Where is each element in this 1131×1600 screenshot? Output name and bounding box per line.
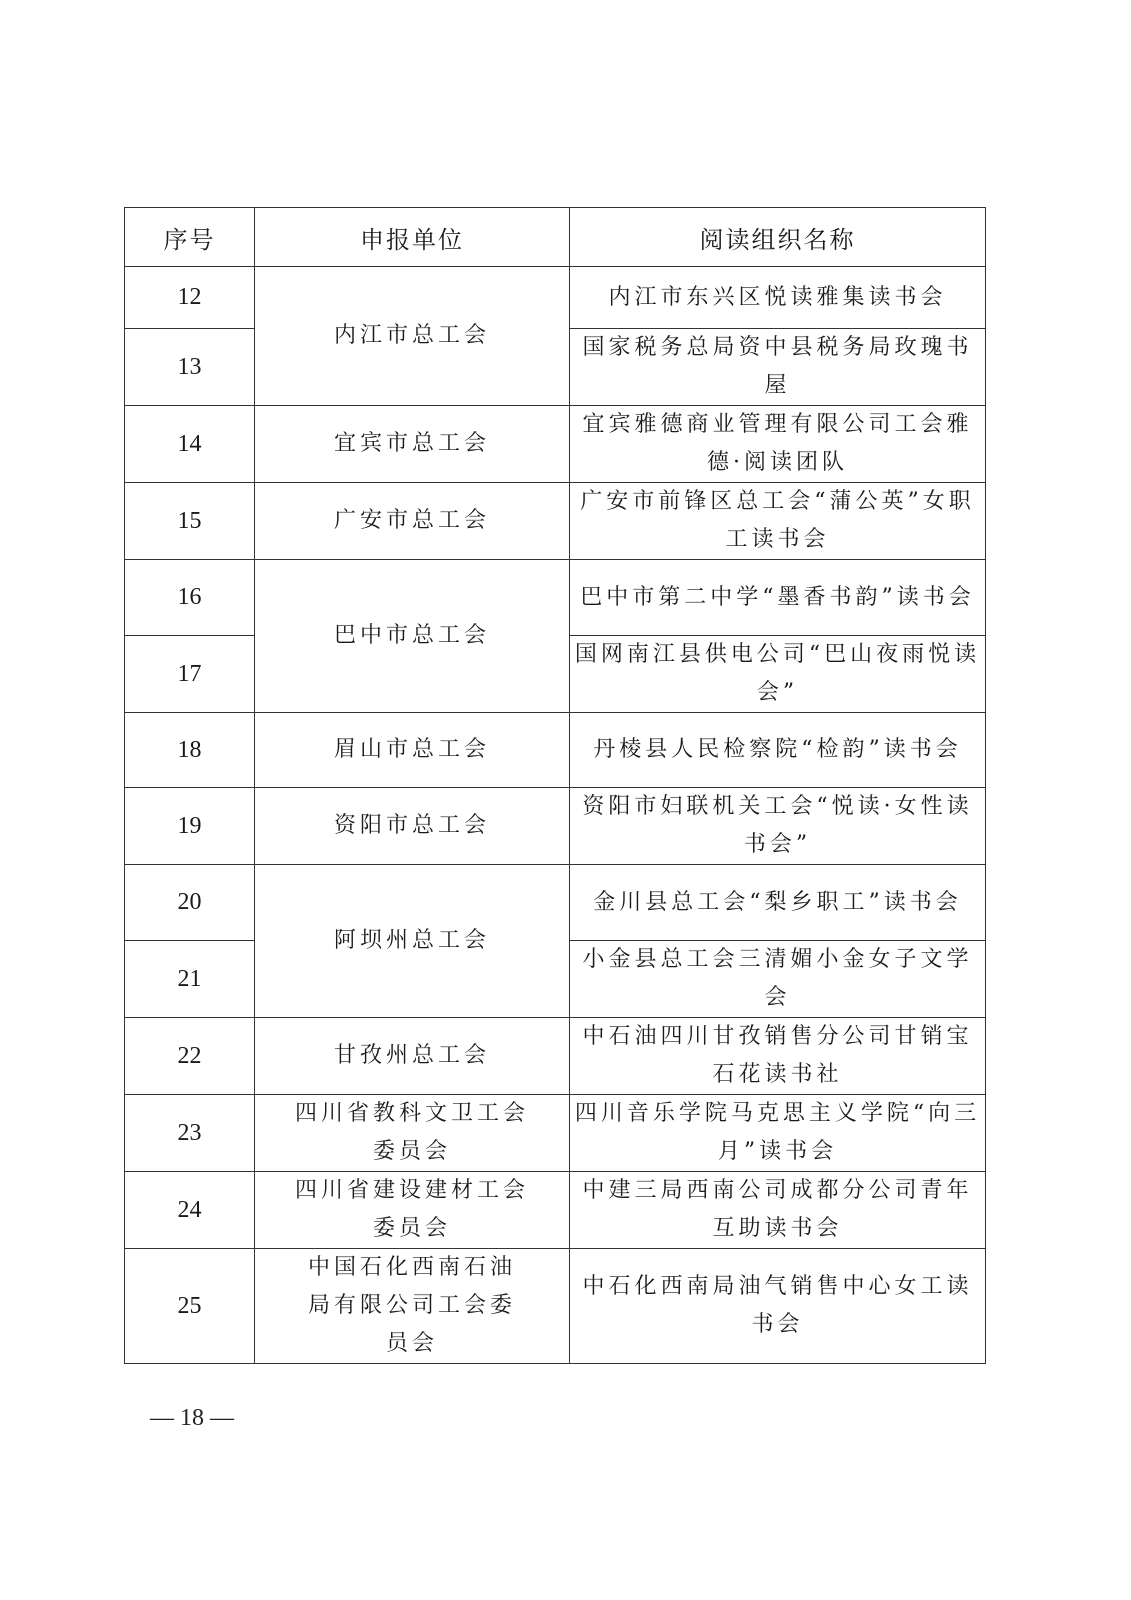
org-cell: 国家税务总局资中县税务局玫瑰书屋 <box>570 329 986 406</box>
serial-cell: 15 <box>125 483 255 560</box>
org-cell: 中石油四川甘孜销售分公司甘销宝石花读书社 <box>570 1018 986 1095</box>
table-row: 24 四川省建设建材工会委员会 中建三局西南公司成都分公司青年互助读书会 <box>125 1172 986 1249</box>
table-row: 18 眉山市总工会 丹棱县人民检察院“检韵”读书会 <box>125 713 986 788</box>
org-cell: 小金县总工会三清媚小金女子文学会 <box>570 941 986 1018</box>
unit-cell: 阿坝州总工会 <box>255 865 570 1018</box>
serial-cell: 19 <box>125 788 255 865</box>
header-org-name: 阅读组织名称 <box>570 208 986 267</box>
org-cell: 宜宾雅德商业管理有限公司工会雅德·阅读团队 <box>570 406 986 483</box>
unit-cell: 四川省建设建材工会委员会 <box>255 1172 570 1249</box>
unit-cell: 甘孜州总工会 <box>255 1018 570 1095</box>
serial-cell: 25 <box>125 1249 255 1364</box>
table-row: 23 四川省教科文卫工会委员会 四川音乐学院马克思主义学院“向三月”读书会 <box>125 1095 986 1172</box>
table-row: 14 宜宾市总工会 宜宾雅德商业管理有限公司工会雅德·阅读团队 <box>125 406 986 483</box>
table-row: 22 甘孜州总工会 中石油四川甘孜销售分公司甘销宝石花读书社 <box>125 1018 986 1095</box>
serial-cell: 17 <box>125 636 255 713</box>
unit-cell: 资阳市总工会 <box>255 788 570 865</box>
serial-cell: 13 <box>125 329 255 406</box>
reading-organizations-table: 序号 申报单位 阅读组织名称 12 内江市总工会 内江市东兴区悦读雅集读书会 1… <box>124 207 986 1364</box>
unit-cell: 广安市总工会 <box>255 483 570 560</box>
serial-cell: 23 <box>125 1095 255 1172</box>
serial-cell: 14 <box>125 406 255 483</box>
table-row: 19 资阳市总工会 资阳市妇联机关工会“悦读·女性读书会” <box>125 788 986 865</box>
serial-cell: 21 <box>125 941 255 1018</box>
org-cell: 资阳市妇联机关工会“悦读·女性读书会” <box>570 788 986 865</box>
unit-cell: 眉山市总工会 <box>255 713 570 788</box>
org-cell: 内江市东兴区悦读雅集读书会 <box>570 267 986 329</box>
serial-cell: 16 <box>125 560 255 636</box>
org-cell: 广安市前锋区总工会“蒲公英”女职工读书会 <box>570 483 986 560</box>
org-cell: 丹棱县人民检察院“检韵”读书会 <box>570 713 986 788</box>
unit-cell: 内江市总工会 <box>255 267 570 406</box>
table-row: 16 巴中市总工会 巴中市第二中学“墨香书韵”读书会 <box>125 560 986 636</box>
unit-cell: 宜宾市总工会 <box>255 406 570 483</box>
table-row: 12 内江市总工会 内江市东兴区悦读雅集读书会 <box>125 267 986 329</box>
table-row: 25 中国石化西南石油局有限公司工会委员会 中石化西南局油气销售中心女工读书会 <box>125 1249 986 1364</box>
serial-cell: 24 <box>125 1172 255 1249</box>
org-cell: 金川县总工会“梨乡职工”读书会 <box>570 865 986 941</box>
table-header-row: 序号 申报单位 阅读组织名称 <box>125 208 986 267</box>
org-cell: 国网南江县供电公司“巴山夜雨悦读会” <box>570 636 986 713</box>
unit-cell: 巴中市总工会 <box>255 560 570 713</box>
serial-cell: 20 <box>125 865 255 941</box>
serial-cell: 12 <box>125 267 255 329</box>
unit-cell: 四川省教科文卫工会委员会 <box>255 1095 570 1172</box>
org-cell: 中石化西南局油气销售中心女工读书会 <box>570 1249 986 1364</box>
table-row: 20 阿坝州总工会 金川县总工会“梨乡职工”读书会 <box>125 865 986 941</box>
org-cell: 巴中市第二中学“墨香书韵”读书会 <box>570 560 986 636</box>
serial-cell: 18 <box>125 713 255 788</box>
unit-cell: 中国石化西南石油局有限公司工会委员会 <box>255 1249 570 1364</box>
header-unit: 申报单位 <box>255 208 570 267</box>
table-row: 15 广安市总工会 广安市前锋区总工会“蒲公英”女职工读书会 <box>125 483 986 560</box>
org-cell: 四川音乐学院马克思主义学院“向三月”读书会 <box>570 1095 986 1172</box>
org-cell: 中建三局西南公司成都分公司青年互助读书会 <box>570 1172 986 1249</box>
header-serial: 序号 <box>125 208 255 267</box>
page-number: — 18 — <box>150 1405 234 1432</box>
serial-cell: 22 <box>125 1018 255 1095</box>
